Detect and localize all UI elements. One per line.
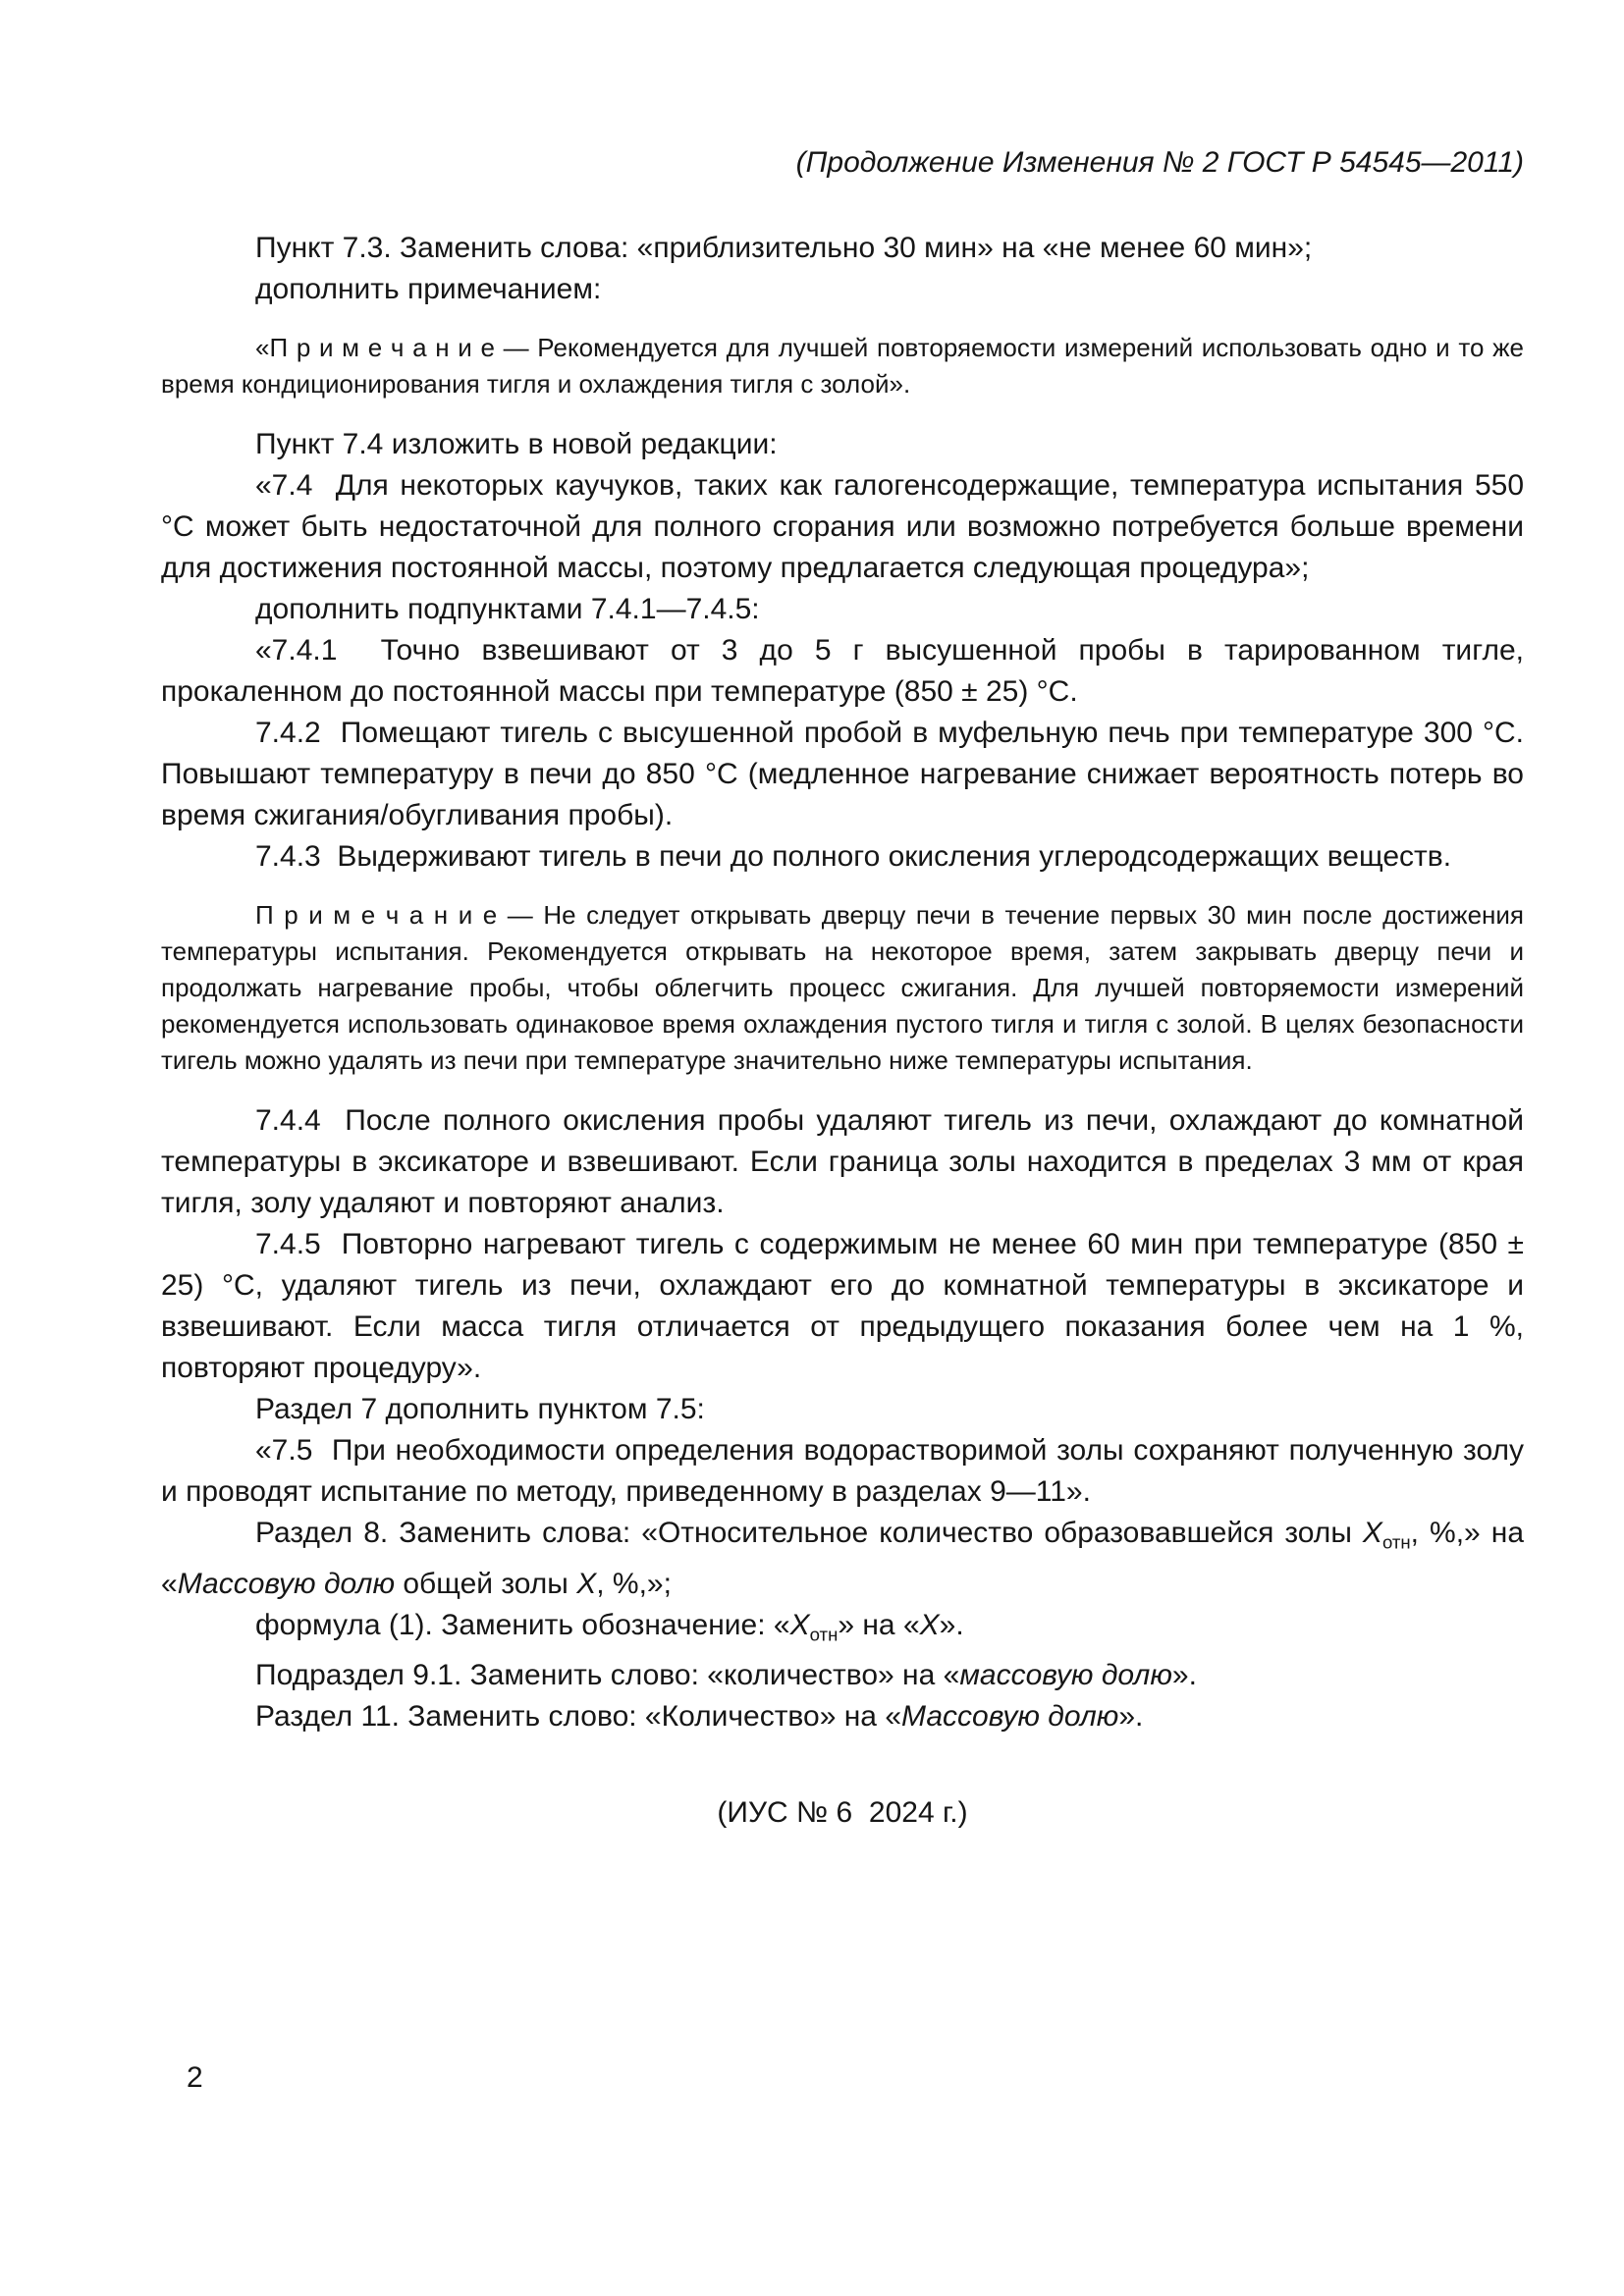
document-body: Пункт 7.3. Заменить слова: «приблизитель… xyxy=(161,228,1524,1737)
document-header: (Продолжение Изменения № 2 ГОСТ Р 54545—… xyxy=(161,143,1524,183)
paragraph: Раздел 11. Заменить слово: «Количество» … xyxy=(161,1696,1524,1737)
document-page: (Продолжение Изменения № 2 ГОСТ Р 54545—… xyxy=(0,0,1624,2296)
paragraph: Раздел 8. Заменить слова: «Относительное… xyxy=(161,1513,1524,1605)
paragraph: «7.5 При необходимости определения водор… xyxy=(161,1430,1524,1513)
note-paragraph: «П р и м е ч а н и е — Рекомендуется для… xyxy=(161,330,1524,402)
issue-note: (ИУС № 6 2024 г.) xyxy=(161,1792,1524,1834)
paragraph: «7.4 Для некоторых каучуков, таких как г… xyxy=(161,465,1524,589)
paragraph: «7.4.1 Точно взвешивают от 3 до 5 г высу… xyxy=(161,630,1524,713)
paragraph: 7.4.4 После полного окисления пробы удал… xyxy=(161,1100,1524,1224)
paragraph: дополнить примечанием: xyxy=(161,269,1524,310)
paragraph: 7.4.3 Выдерживают тигель в печи до полно… xyxy=(161,836,1524,878)
paragraph: Пункт 7.4 изложить в новой редакции: xyxy=(161,424,1524,465)
paragraph: Пункт 7.3. Заменить слова: «приблизитель… xyxy=(161,228,1524,269)
paragraph: Раздел 7 дополнить пунктом 7.5: xyxy=(161,1389,1524,1430)
paragraph: Подраздел 9.1. Заменить слово: «количест… xyxy=(161,1655,1524,1696)
paragraph: 7.4.5 Повторно нагревают тигель с содерж… xyxy=(161,1224,1524,1389)
note-paragraph: П р и м е ч а н и е — Не следует открыва… xyxy=(161,897,1524,1079)
page-number: 2 xyxy=(187,2057,203,2099)
paragraph: формула (1). Заменить обозначение: «Хотн… xyxy=(161,1605,1524,1656)
paragraph: 7.4.2 Помещают тигель с высушенной пробо… xyxy=(161,713,1524,836)
document-content: (Продолжение Изменения № 2 ГОСТ Р 54545—… xyxy=(161,143,1524,1834)
paragraph: дополнить подпунктами 7.4.1—7.4.5: xyxy=(161,589,1524,630)
